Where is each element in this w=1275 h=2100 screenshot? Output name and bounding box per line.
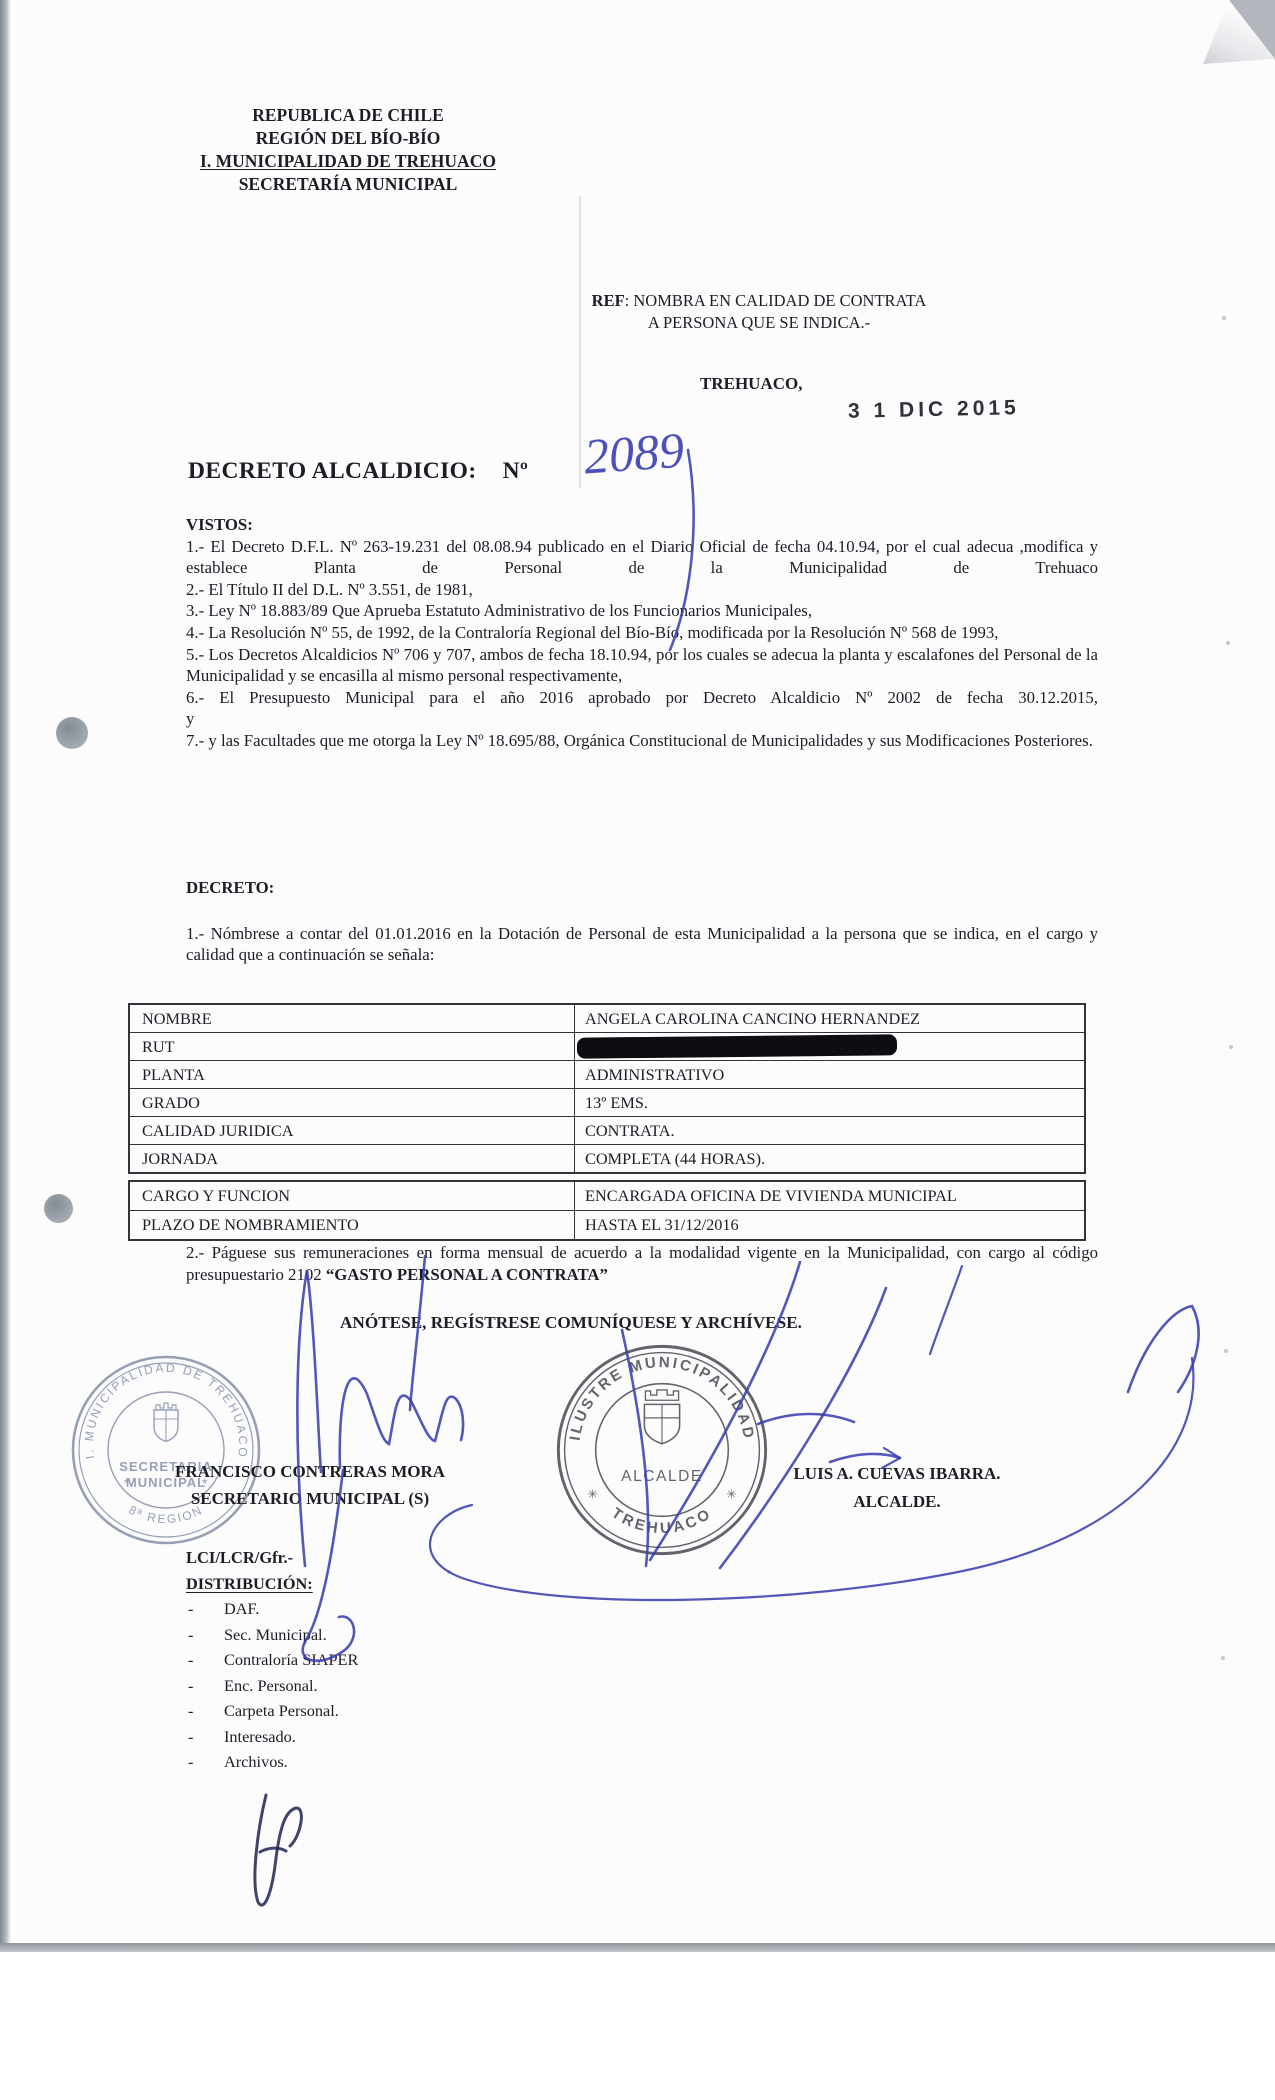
table-row: PLAZO DE NOMBRAMIENTO HASTA EL 31/12/201… bbox=[130, 1210, 1084, 1239]
vistos-item: 5.- Los Decretos Alcaldicios Nº 706 y 70… bbox=[186, 644, 1098, 687]
row-label: PLAZO DE NOMBRAMIENTO bbox=[130, 1211, 575, 1239]
paragraph-2-text: 2.- Páguese sus remuneraciones en forma … bbox=[186, 1243, 1098, 1284]
table-row: CARGO Y FUNCION ENCARGADA OFICINA DE VIV… bbox=[130, 1182, 1084, 1210]
scanned-decree-page: REPUBLICA DE CHILE REGIÓN DEL BÍO-BÍO I.… bbox=[0, 0, 1275, 2100]
row-value: HASTA EL 31/12/2016 bbox=[575, 1211, 1084, 1239]
signatory-title: ALCALDE. bbox=[742, 1488, 1052, 1516]
closing-formula: ANÓTESE, REGÍSTRESE COMUNÍQUESE Y ARCHÍV… bbox=[186, 1313, 956, 1333]
vistos-section: VISTOS: 1.- El Decreto D.F.L. Nº 263-19.… bbox=[186, 514, 1098, 752]
letterhead-line: REPUBLICA DE CHILE bbox=[150, 104, 546, 127]
vistos-item: 7.- y las Facultades que me otorga la Le… bbox=[186, 730, 1098, 752]
distribution-item: -Contraloría SIAPER bbox=[186, 1647, 358, 1673]
scan-speck bbox=[1226, 641, 1230, 645]
dash-bullet: - bbox=[186, 1673, 224, 1699]
alcalde-stamp: ILUSTRE MUNICIPALIDAD TREHUACO ALCALDE ✳… bbox=[548, 1336, 776, 1564]
reference-line2: A PERSONA QUE SE INDICA.- bbox=[558, 312, 960, 334]
punch-hole bbox=[56, 717, 88, 749]
letterhead-line: SECRETARÍA MUNICIPAL bbox=[150, 173, 546, 196]
city-dateline: TREHUACO, bbox=[700, 374, 802, 394]
distribution-label: Archivos. bbox=[224, 1749, 288, 1775]
table-row: JORNADA COMPLETA (44 HORAS). bbox=[130, 1144, 1084, 1172]
row-label: PLANTA bbox=[130, 1061, 575, 1088]
signatory-name: FRANCISCO CONTRERAS MORA bbox=[138, 1458, 482, 1485]
dash-bullet: - bbox=[186, 1647, 224, 1673]
decreto-paragraph-1: 1.- Nómbrese a contar del 01.01.2016 en … bbox=[186, 923, 1098, 966]
scan-speck bbox=[447, 1570, 451, 1574]
letterhead: REPUBLICA DE CHILE REGIÓN DEL BÍO-BÍO I.… bbox=[150, 104, 546, 196]
distribution-item: -DAF. bbox=[186, 1596, 358, 1622]
date-stamp: 3 1 DIC 2015 bbox=[848, 396, 1020, 424]
paragraph-2-bold: “GASTO PERSONAL A CONTRATA” bbox=[326, 1265, 608, 1284]
reference-block: REF: NOMBRA EN CALIDAD DE CONTRATA A PER… bbox=[558, 290, 960, 334]
decreto-paragraph-2: 2.- Páguese sus remuneraciones en forma … bbox=[186, 1242, 1098, 1286]
distribution-item: -Carpeta Personal. bbox=[186, 1698, 358, 1724]
shield-crown bbox=[645, 1390, 678, 1400]
scan-speck bbox=[1224, 1349, 1228, 1353]
distribution-item: -Archivos. bbox=[186, 1749, 358, 1775]
clerk-initials: LCI/LCR/Gfr.- bbox=[186, 1545, 358, 1571]
secretaria-municipal-stamp: I. MUNICIPALIDAD DE TREHUACO 8ª REGION S… bbox=[66, 1350, 266, 1550]
stamp-star-icon: ✳ bbox=[726, 1488, 736, 1502]
row-value: ADMINISTRATIVO bbox=[575, 1061, 1084, 1088]
row-label: JORNADA bbox=[130, 1145, 575, 1172]
stamp-ring-text-bottom: TREHUACO bbox=[608, 1505, 715, 1538]
signatory-right: LUIS A. CUEVAS IBARRA. ALCALDE. bbox=[742, 1460, 1052, 1516]
row-label: CALIDAD JURIDICA bbox=[130, 1117, 575, 1144]
decreto-section: DECRETO: 1.- Nómbrese a contar del 01.01… bbox=[186, 877, 1098, 966]
signatory-title: SECRETARIO MUNICIPAL (S) bbox=[138, 1485, 482, 1512]
paper-left-edge-shadow bbox=[0, 0, 11, 1943]
stamp-ring bbox=[565, 1353, 760, 1548]
appointment-table-upper: NOMBRE ANGELA CAROLINA CANCINO HERNANDEZ… bbox=[128, 1003, 1086, 1174]
row-label: GRADO bbox=[130, 1089, 575, 1116]
distribution-section: LCI/LCR/Gfr.- DISTRIBUCIÓN: -DAF. -Sec. … bbox=[186, 1545, 358, 1775]
scan-speck bbox=[1222, 316, 1226, 320]
vistos-item: 4.- La Resolución Nº 55, de 1992, de la … bbox=[186, 622, 1098, 644]
table-row: RUT bbox=[130, 1032, 1084, 1060]
vistos-item: 1.- El Decreto D.F.L. Nº 263-19.231 del … bbox=[186, 536, 1098, 579]
stamp-star-icon: * bbox=[124, 1475, 130, 1491]
vistos-item: 3.- Ley Nº 18.883/89 Que Aprueba Estatut… bbox=[186, 600, 1098, 622]
scan-speck bbox=[1229, 1045, 1233, 1049]
distribution-label: Contraloría SIAPER bbox=[224, 1647, 358, 1673]
vistos-item: 6.- El Presupuesto Municipal para el año… bbox=[186, 687, 1098, 730]
vistos-item: 2.- El Título II del D.L. Nº 3.551, de 1… bbox=[186, 579, 1098, 601]
table-row: GRADO 13º EMS. bbox=[130, 1088, 1084, 1116]
row-label: RUT bbox=[130, 1033, 575, 1060]
shield-crown bbox=[156, 1403, 176, 1410]
table-row: PLANTA ADMINISTRATIVO bbox=[130, 1060, 1084, 1088]
decree-title-line: DECRETO ALCALDICIO:Nº bbox=[188, 458, 528, 485]
distribution-label: Enc. Personal. bbox=[224, 1673, 318, 1699]
ref-text: : NOMBRA EN CALIDAD DE CONTRATA bbox=[625, 291, 927, 310]
distribution-label: Carpeta Personal. bbox=[224, 1698, 339, 1724]
signatory-left: FRANCISCO CONTRERAS MORA SECRETARIO MUNI… bbox=[138, 1458, 482, 1512]
distribution-label: Interesado. bbox=[224, 1724, 296, 1750]
scan-speck bbox=[1221, 1656, 1225, 1660]
letterhead-line: REGIÓN DEL BÍO-BÍO bbox=[150, 127, 546, 150]
row-label: NOMBRE bbox=[130, 1005, 575, 1032]
svg-text:TREHUACO: TREHUACO bbox=[608, 1505, 715, 1538]
handwritten-decree-number: 2089 bbox=[582, 421, 686, 486]
redaction-bar bbox=[577, 1034, 897, 1058]
ref-label: REF bbox=[592, 291, 625, 310]
distribution-heading: DISTRIBUCIÓN: bbox=[186, 1571, 358, 1597]
distribution-item: -Enc. Personal. bbox=[186, 1673, 358, 1699]
distribution-item: -Interesado. bbox=[186, 1724, 358, 1750]
signatory-name: LUIS A. CUEVAS IBARRA. bbox=[742, 1460, 1052, 1488]
letterhead-line: I. MUNICIPALIDAD DE TREHUACO bbox=[150, 150, 546, 173]
decreto-heading: DECRETO: bbox=[186, 877, 1098, 899]
row-label: CARGO Y FUNCION bbox=[130, 1182, 575, 1210]
row-value: 13º EMS. bbox=[575, 1089, 1084, 1116]
paper-crease bbox=[579, 196, 581, 488]
row-value bbox=[575, 1033, 1084, 1060]
stamp-center-text: ALCALDE bbox=[621, 1468, 703, 1485]
appointment-table: NOMBRE ANGELA CAROLINA CANCINO HERNANDEZ… bbox=[128, 1003, 1086, 1241]
row-value: COMPLETA (44 HORAS). bbox=[575, 1145, 1084, 1172]
decree-title: DECRETO ALCALDICIO: bbox=[188, 458, 477, 484]
dash-bullet: - bbox=[186, 1698, 224, 1724]
appointment-table-lower: CARGO Y FUNCION ENCARGADA OFICINA DE VIV… bbox=[128, 1180, 1086, 1241]
stamp-inner-ring bbox=[596, 1384, 729, 1517]
decree-number-label: Nº bbox=[503, 458, 529, 484]
row-value: ENCARGADA OFICINA DE VIVIENDA MUNICIPAL bbox=[575, 1182, 1084, 1210]
table-row: NOMBRE ANGELA CAROLINA CANCINO HERNANDEZ bbox=[130, 1005, 1084, 1032]
paper-bottom-edge bbox=[0, 1943, 1275, 1952]
distribution-label: DAF. bbox=[224, 1596, 259, 1622]
row-value: CONTRATA. bbox=[575, 1117, 1084, 1144]
dash-bullet: - bbox=[186, 1596, 224, 1622]
distribution-label: Sec. Municipal. bbox=[224, 1622, 327, 1648]
reference-line1: REF: NOMBRA EN CALIDAD DE CONTRATA bbox=[558, 290, 960, 312]
distribution-item: -Sec. Municipal. bbox=[186, 1622, 358, 1648]
row-value: ANGELA CAROLINA CANCINO HERNANDEZ bbox=[575, 1005, 1084, 1032]
dash-bullet: - bbox=[186, 1622, 224, 1648]
dash-bullet: - bbox=[186, 1724, 224, 1750]
punch-hole bbox=[44, 1194, 73, 1223]
vistos-heading: VISTOS: bbox=[186, 514, 1098, 536]
stamp-star-icon: ✳ bbox=[587, 1488, 597, 1502]
dash-bullet: - bbox=[186, 1749, 224, 1775]
table-row: CALIDAD JURIDICA CONTRATA. bbox=[130, 1116, 1084, 1144]
